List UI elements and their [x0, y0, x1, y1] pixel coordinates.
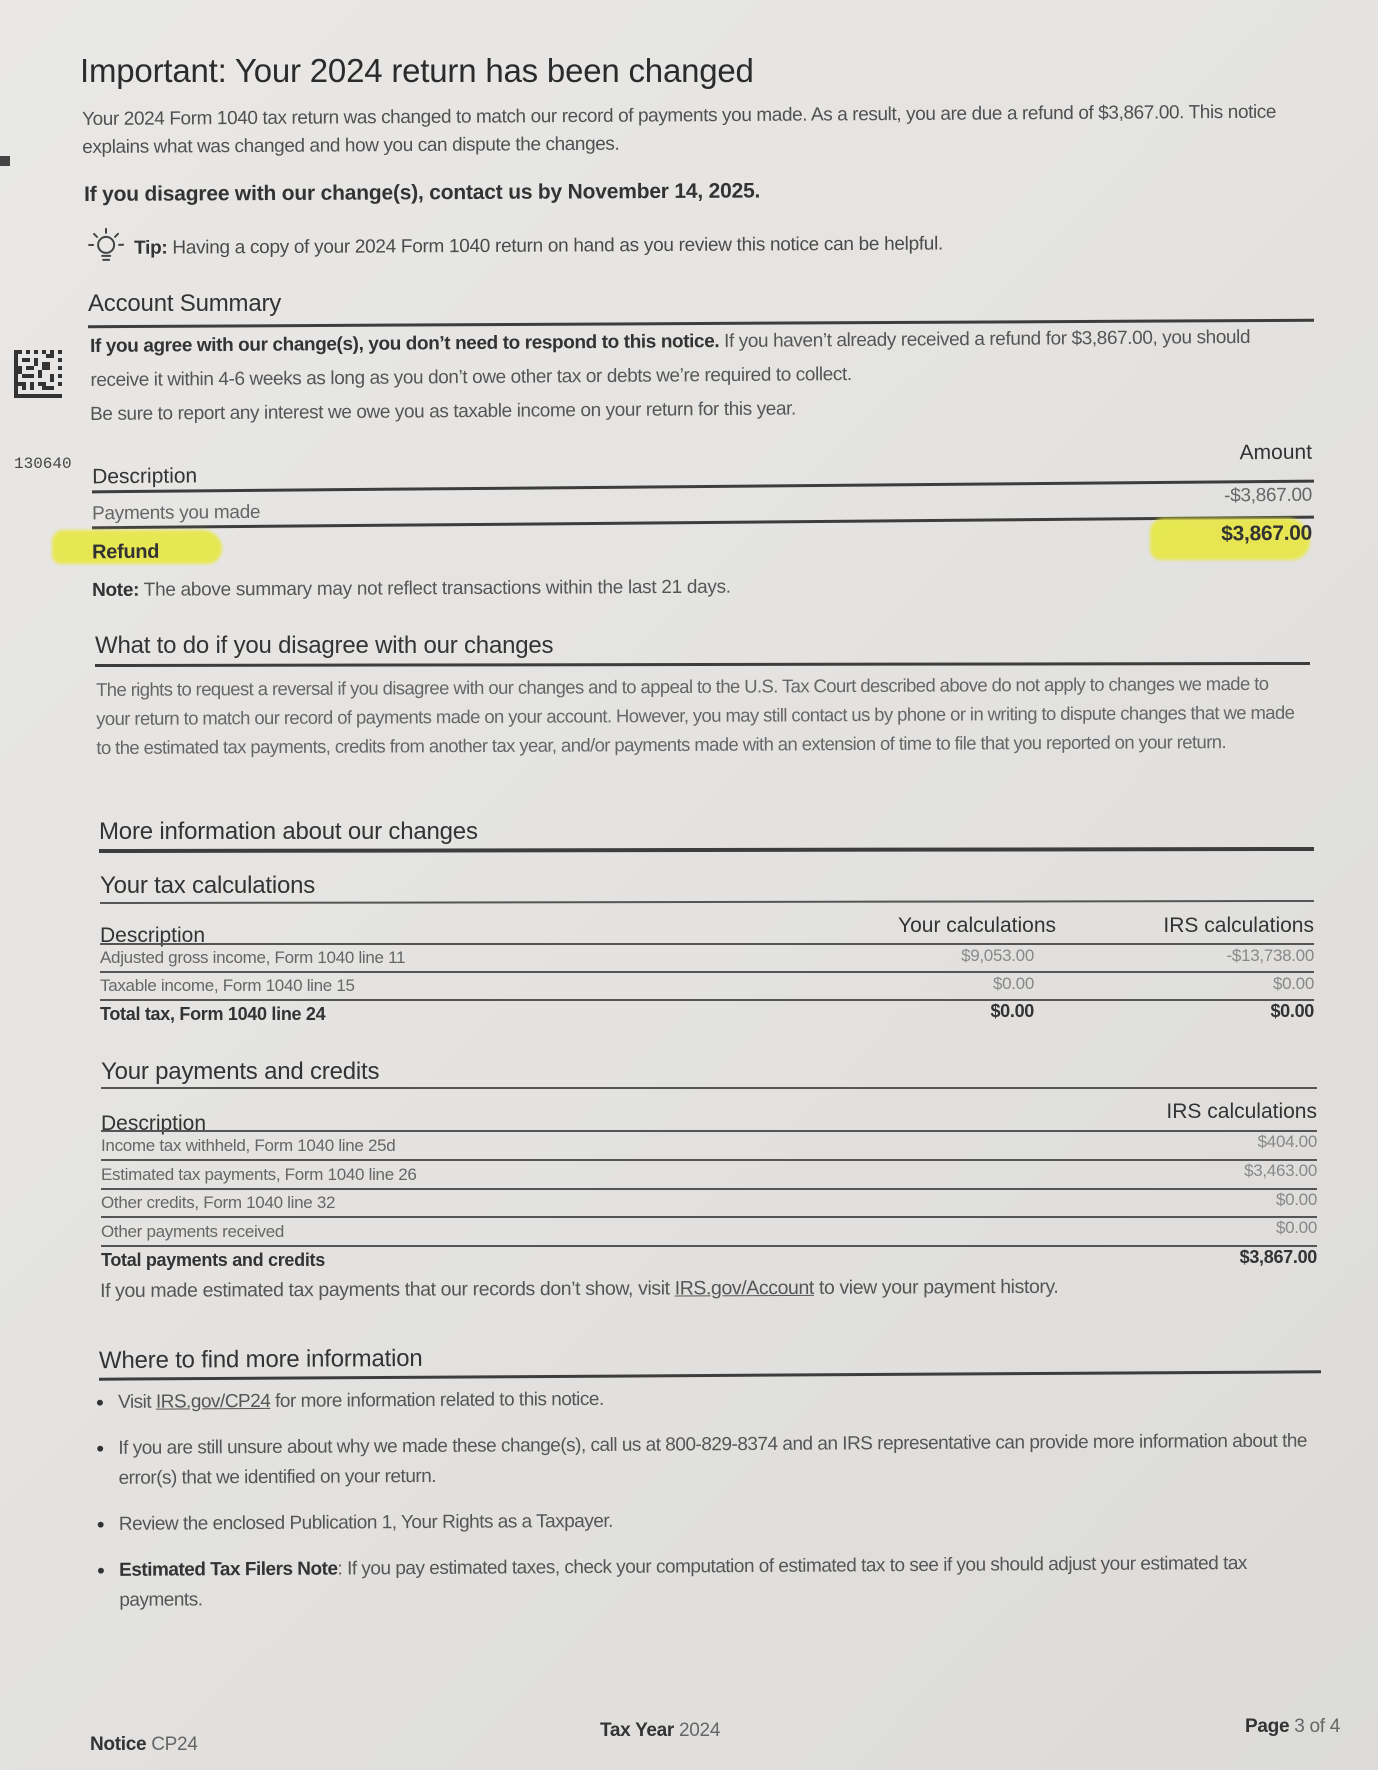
summary-table-header: Description Amount — [92, 441, 1312, 476]
col-description: Description — [92, 464, 197, 489]
row-description: Income tax withheld, Form 1040 line 25d — [101, 1136, 395, 1156]
item-text: for more information related to this not… — [270, 1389, 604, 1412]
notice-label: Notice — [90, 1734, 146, 1755]
list-item: Visit IRS.gov/CP24 for more information … — [96, 1381, 1316, 1418]
table-rule — [101, 1159, 1317, 1161]
disagree-paragraph: The rights to request a reversal if you … — [96, 669, 1306, 762]
tax-calc-table: Description Your calculations IRS calcul… — [100, 912, 1314, 1032]
col-description: Description — [101, 1112, 206, 1136]
table-rule — [100, 999, 1314, 1001]
item-text: Review the enclosed Publication 1, Your … — [119, 1511, 613, 1535]
irs-account-link[interactable]: IRS.gov/Account — [675, 1277, 814, 1300]
where-to-find-heading: Where to find more information — [99, 1345, 423, 1375]
table-rule — [101, 1245, 1317, 1247]
col-your-calculations: Your calculations — [898, 914, 1056, 938]
document-number: 130640 — [14, 455, 72, 473]
row-irs-value: $3,463.00 — [1244, 1161, 1317, 1181]
dispute-deadline: If you disagree with our change(s), cont… — [84, 179, 760, 207]
payments-heading: Your payments and credits — [101, 1058, 379, 1086]
total-description: Total tax, Form 1040 line 24 — [100, 1004, 325, 1025]
list-item: Estimated Tax Filers Note: If you pay es… — [97, 1549, 1317, 1616]
item-text: Visit — [118, 1392, 156, 1413]
item-text: If you are still unsure about why we mad… — [118, 1431, 1307, 1489]
datamatrix-barcode-icon — [14, 350, 62, 398]
more-info-list: Visit IRS.gov/CP24 for more information … — [96, 1381, 1317, 1632]
item-bold-text: Estimated Tax Filers Note — [119, 1559, 338, 1581]
section-divider — [100, 900, 1314, 904]
account-summary-heading: Account Summary — [88, 290, 281, 318]
section-divider — [95, 662, 1310, 667]
col-irs-calculations: IRS calculations — [1163, 914, 1314, 938]
row-irs-value: $0.00 — [1276, 1190, 1317, 1210]
notice-value: CP24 — [151, 1734, 197, 1755]
col-amount: Amount — [1239, 441, 1312, 466]
help-text: If you made estimated tax payments that … — [100, 1277, 675, 1302]
row-your-value: $0.00 — [993, 974, 1034, 994]
row-description: Estimated tax payments, Form 1040 line 2… — [101, 1165, 417, 1185]
agree-bold-text: If you agree with our change(s), you don… — [90, 331, 719, 357]
page-label: Page — [1245, 1716, 1289, 1737]
total-irs-value: $3,867.00 — [1240, 1247, 1317, 1268]
list-item: If you are still unsure about why we mad… — [96, 1427, 1316, 1494]
page-total: 4 — [1330, 1716, 1340, 1737]
payments-table: Description IRS calculations Income tax … — [101, 1098, 1317, 1278]
tip-text: Having a copy of your 2024 Form 1040 ret… — [172, 234, 943, 259]
interest-note: Be sure to report any interest we owe yo… — [90, 398, 796, 426]
total-irs-value: $0.00 — [1270, 1001, 1314, 1022]
tax-year-value: 2024 — [679, 1720, 720, 1741]
lightbulb-icon — [86, 226, 126, 272]
table-rule — [101, 1216, 1317, 1218]
row-your-value: $9,053.00 — [961, 946, 1034, 966]
table-rule — [100, 943, 1314, 945]
row-description: Payments you made — [92, 502, 260, 525]
tip-line: Tip: Having a copy of your 2024 Form 104… — [86, 222, 943, 272]
more-info-heading: More information about our changes — [99, 818, 478, 846]
agree-paragraph: If you agree with our change(s), you don… — [90, 320, 1300, 398]
tip-label: Tip: — [134, 238, 167, 259]
disagree-heading: What to do if you disagree with our chan… — [95, 632, 553, 660]
intro-paragraph: Your 2024 Form 1040 tax return was chang… — [82, 99, 1302, 162]
table-rule — [101, 1130, 1317, 1132]
row-irs-value: -$13,738.00 — [1227, 946, 1314, 966]
list-item: Review the enclosed Publication 1, Your … — [97, 1503, 1317, 1540]
row-irs-value: $0.00 — [1276, 1218, 1317, 1238]
row-description: Other credits, Form 1040 line 32 — [101, 1193, 335, 1213]
row-irs-value: $0.00 — [1273, 974, 1314, 994]
tax-calc-heading: Your tax calculations — [100, 872, 315, 900]
section-divider — [99, 847, 1314, 853]
payment-history-note: If you made estimated tax payments that … — [100, 1276, 1058, 1303]
irs-notice-page: Important: Your 2024 return has been cha… — [0, 0, 1378, 1770]
row-description: Taxable income, Form 1040 line 15 — [100, 976, 355, 996]
total-description: Total payments and credits — [101, 1250, 325, 1271]
row-amount: -$3,867.00 — [1224, 485, 1312, 508]
row-irs-value: $404.00 — [1258, 1132, 1317, 1152]
summary-note: Note: The above summary may not reflect … — [92, 577, 731, 602]
page-edge-mark — [0, 156, 10, 166]
footer-page-number: Page 3 of 4 — [1245, 1716, 1340, 1738]
refund-label: Refund — [92, 541, 159, 565]
refund-amount: $3,867.00 — [1221, 522, 1312, 547]
irs-cp24-link[interactable]: IRS.gov/CP24 — [156, 1391, 271, 1413]
total-your-value: $0.00 — [990, 1001, 1034, 1022]
footer-tax-year: Tax Year 2024 — [600, 1720, 720, 1742]
note-label: Note: — [92, 580, 139, 601]
col-irs-calculations: IRS calculations — [1166, 1100, 1317, 1124]
page-current: 3 — [1294, 1716, 1304, 1737]
tax-year-label: Tax Year — [600, 1720, 674, 1741]
row-description: Other payments received — [101, 1222, 284, 1242]
section-divider — [101, 1087, 1317, 1089]
table-rule — [100, 971, 1314, 973]
page-of: of — [1309, 1716, 1324, 1737]
table-rule — [101, 1188, 1317, 1190]
note-text: The above summary may not reflect transa… — [144, 577, 731, 601]
help-text: to view your payment history. — [814, 1276, 1059, 1299]
row-description: Adjusted gross income, Form 1040 line 11 — [100, 948, 405, 968]
footer-notice: Notice CP24 — [90, 1734, 198, 1756]
page-title: Important: Your 2024 return has been cha… — [80, 52, 754, 90]
